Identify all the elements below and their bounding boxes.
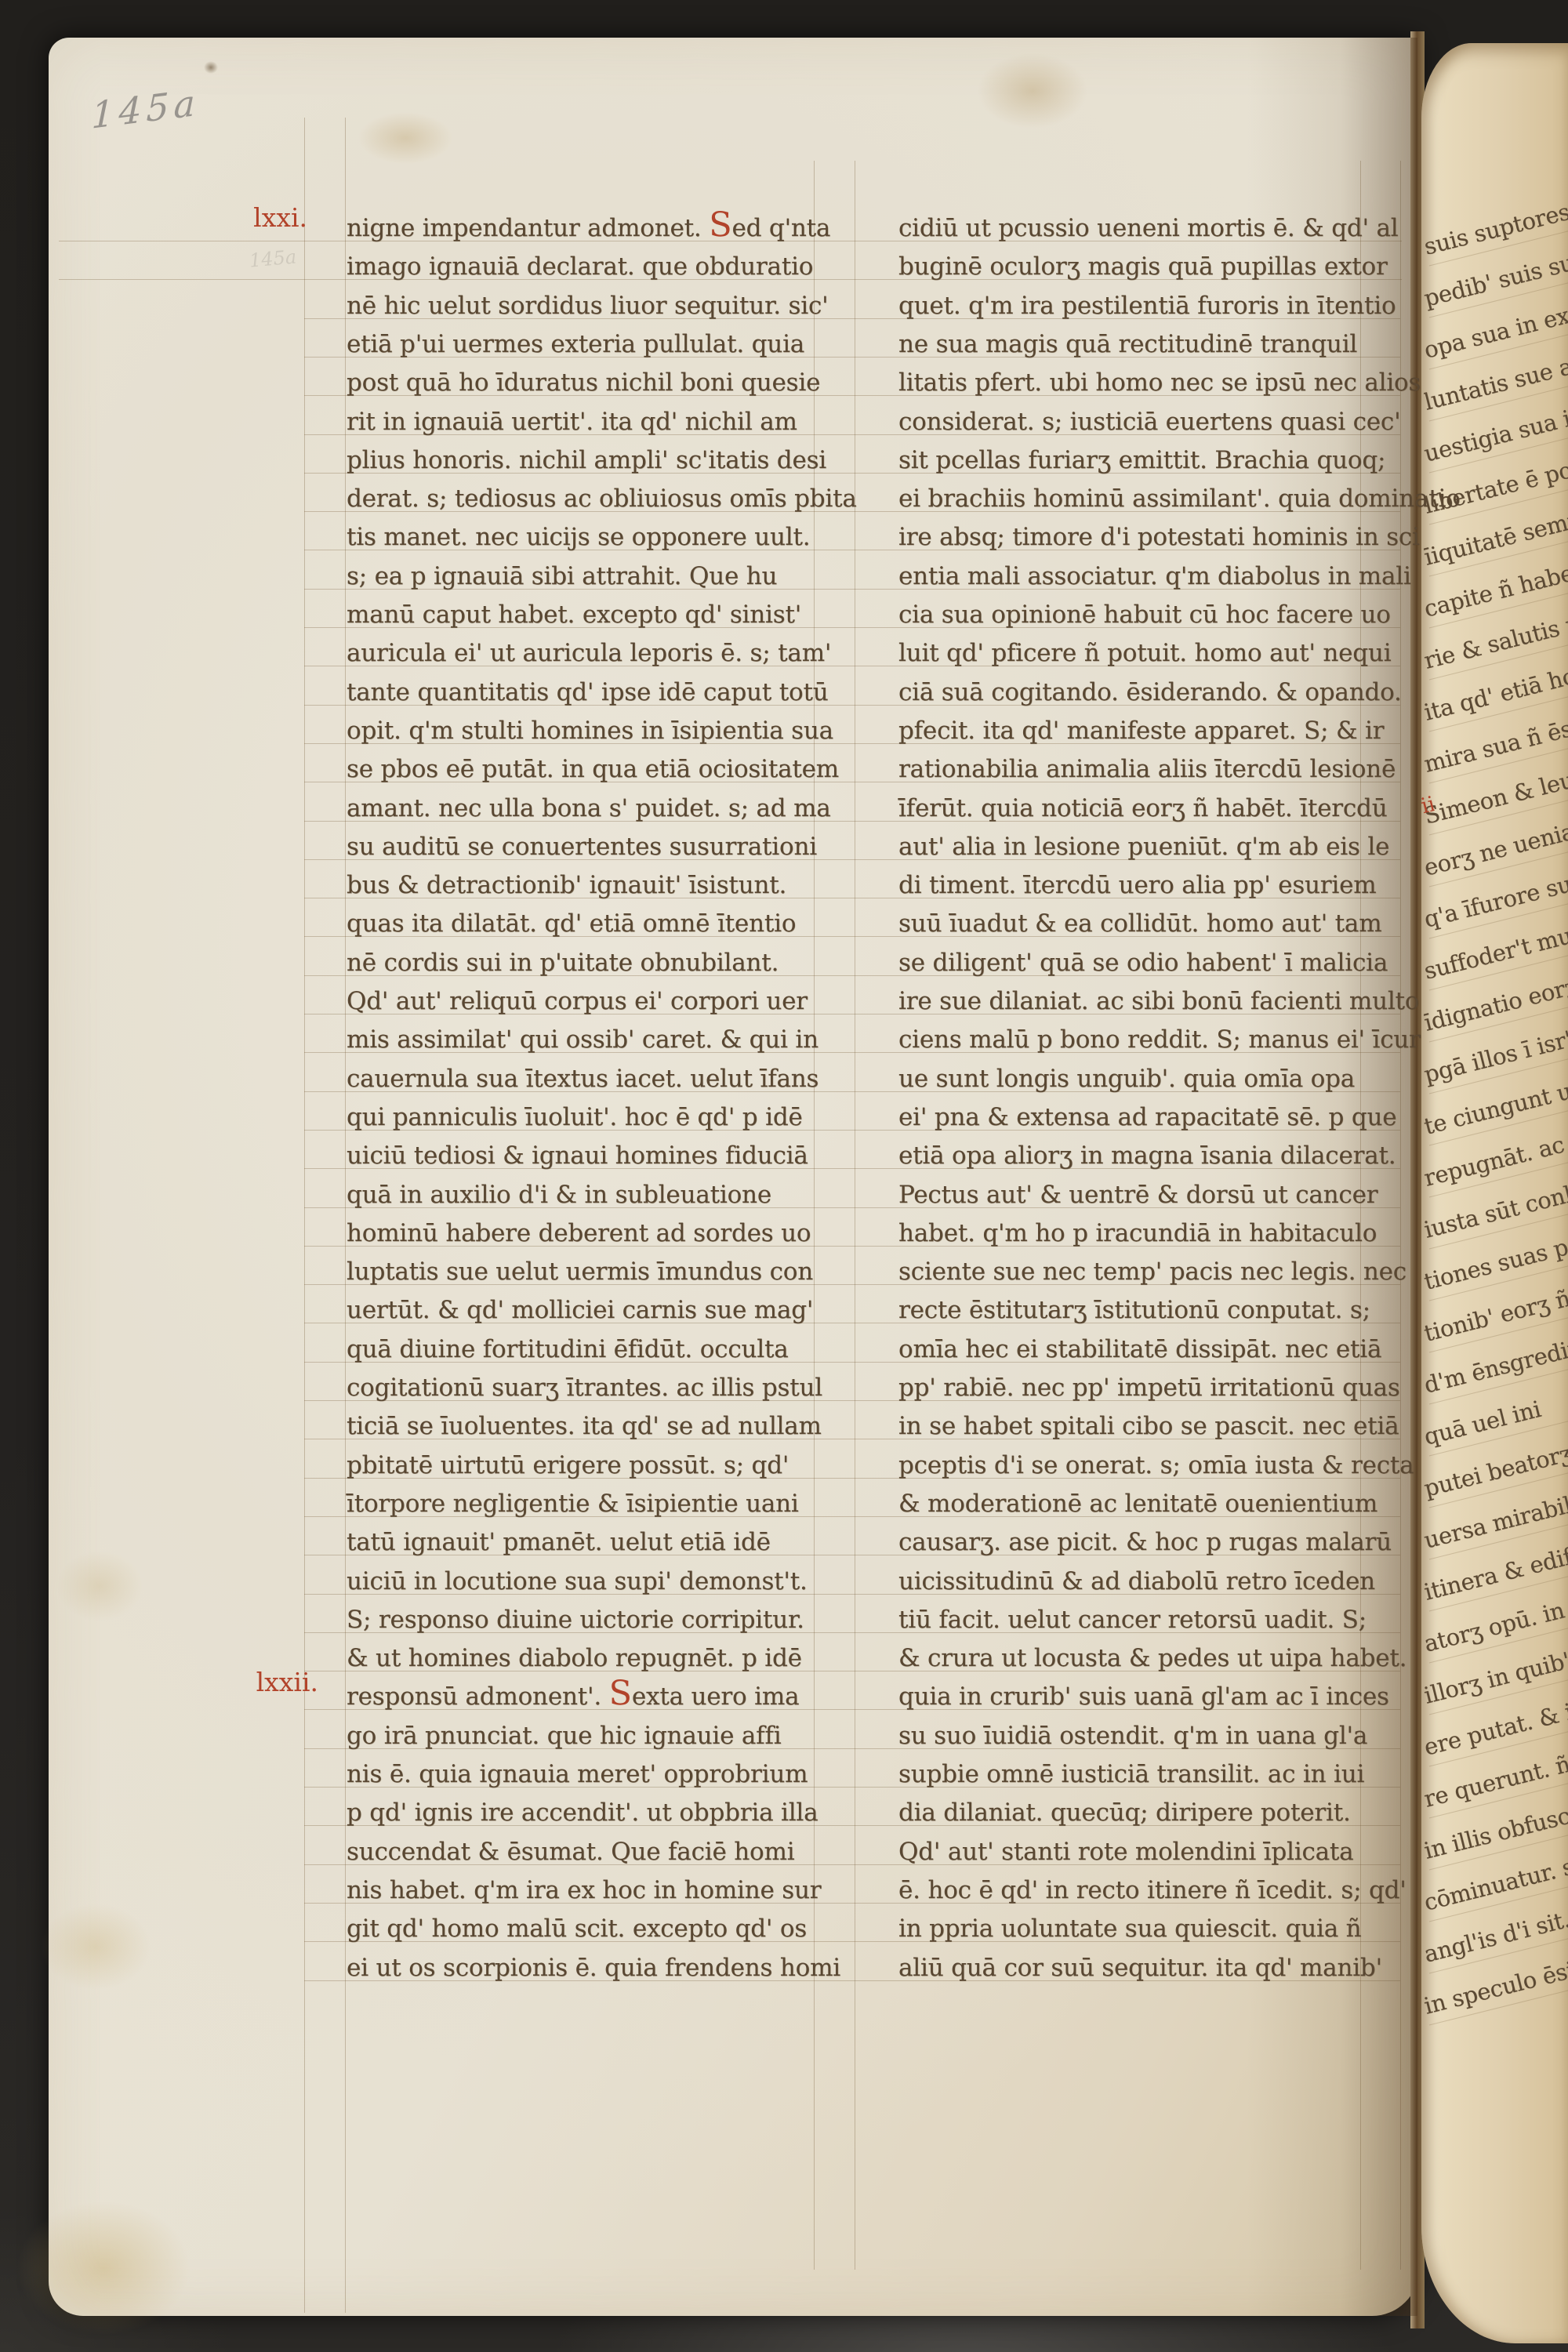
manuscript-line: nis habet. q'm ira ex hoc in homine sur [347,1871,821,1910]
manuscript-line: buginē oculorʒ magis quā pupillas extor [898,248,1388,286]
manuscript-line: p qd' ignis ire accendit'. ut obpbria il… [347,1794,818,1832]
manuscript-line: habet. q'm ho p iracundiā in habitaculo [898,1214,1377,1253]
manuscript-line: nis ē. quia ignauia meret' opprobrium [347,1755,808,1794]
manuscript-line: quā diuine fortitudini ēfidūt. occulta [347,1330,789,1369]
manuscript-line: quet. q'm ira pestilentiā furoris in īte… [898,287,1396,325]
rubric-initial: S [609,1674,632,1713]
manuscript-line: cidiū ut pcussio ueneni mortis ē. & qd' … [898,209,1398,248]
manuscript-line: cauernula sua ītextus iacet. uelut īfans [347,1060,818,1098]
manuscript-line: ciā suā cogitando. ēsiderando. & opando. [898,673,1402,712]
manuscript-line: pceptis d'i se onerat. s; omīa iusta & r… [898,1446,1414,1485]
recto-line-fragment: suis suptores radios ei' [1424,180,1568,267]
manuscript-line: tis manet. nec uicijs se opponere uult. [347,518,810,557]
manuscript-line: rationabilia animalia aliis ītercdū lesi… [898,750,1396,789]
manuscript-line: post quā ho īduratus nichil boni quesie [347,364,820,402]
chapter-numeral-lxxi: lxxi. [180,202,307,233]
manuscript-line: su suo īuidiā ostendit. q'm in uana gl'a [898,1717,1367,1755]
parchment-stain [56,1551,143,1621]
manuscript-line: omīa hec ei stabilitatē dissipāt. nec et… [898,1330,1381,1369]
manuscript-line: luptatis sue uelut uermis īmundus con [347,1253,813,1291]
manuscript-line: auricula ei' ut auricula leporis ē. s; t… [347,634,831,673]
manuscript-line: ei brachiis hominū assimilant'. quia dom… [898,480,1461,518]
manuscript-line: hominū habere deberent ad sordes uo [347,1214,811,1253]
manuscript-photo: 145a 145a lxxi. lxxii. nigne impendantur… [0,0,1568,2352]
manuscript-line: imago ignauiā declarat. que obduratio [347,248,813,286]
manuscript-line: ire sue dilaniat. ac sibi bonū facienti … [898,982,1419,1021]
manuscript-line: ue sunt longis unguib'. quia omīa opa [898,1060,1355,1098]
manuscript-line: se pbos eē putāt. in qua etiā ociositate… [347,750,839,789]
manuscript-line: aliū quā cor suū sequitur. ita qd' manib… [898,1949,1382,1987]
manuscript-line: in se habet spitali cibo se pascit. nec … [898,1407,1399,1446]
manuscript-line: sciente sue nec temp' pacis nec legis. n… [898,1253,1406,1291]
manuscript-line: recte ēstitutarʒ īstitutionū conputat. s… [898,1291,1370,1330]
parchment-stain [978,53,1087,129]
manuscript-line: ei' pna & extensa ad rapacitatē sē. p qu… [898,1098,1396,1137]
manuscript-line: git qd' homo malū scit. excepto qd' os [347,1910,807,1948]
manuscript-line: etiā opa aliorʒ in magna īsania dilacera… [898,1137,1396,1175]
manuscript-line: Qd' aut' stanti rote molendini īplicata [898,1833,1353,1871]
ink-spot [204,61,218,74]
manuscript-line: se diligent' quā se odio habent' ī malic… [898,944,1388,982]
manuscript-line: ciens malū p bono reddit. S; manus ei' ī… [898,1021,1421,1059]
manuscript-line: succendat & ēsumat. Que faciē homi [347,1833,794,1871]
manuscript-line: litatis pfert. ubi homo nec se ipsū nec … [898,364,1421,402]
vertical-rule-line [345,118,346,2313]
manuscript-line: nē hic uelut sordidus liuor sequitur. si… [347,287,828,325]
text-column-2: cidiū ut pcussio ueneni mortis ē. & qd' … [898,209,1400,2001]
manuscript-line: di timent. ītercdū uero alia pp' esuriem [898,866,1376,905]
manuscript-line: nigne impendantur admonet. Sed q'nta [347,209,830,248]
manuscript-line: bus & detractionib' ignauit' īsistunt. [347,866,786,905]
manuscript-line: derat. s; tediosus ac obliuiosus omīs pb… [347,480,857,518]
manuscript-line: ei ut os scorpionis ē. quia frendens hom… [347,1949,840,1987]
manuscript-line: in ppria uoluntate sua quiescit. quia ñ [898,1910,1361,1948]
manuscript-line: ē. hoc ē qd' in recto itinere ñ īcedit. … [898,1871,1406,1910]
vertical-rule-line [304,118,305,2313]
manuscript-line: īferūt. quia noticiā eorʒ ñ habēt. īterc… [898,789,1387,828]
manuscript-line: manū caput habet. excepto qd' sinist' [347,596,801,634]
manuscript-line: responsū admonent'. Sexta uero ima [347,1678,799,1716]
manuscript-line: & moderationē ac lenitatē ouenientium [898,1485,1377,1523]
folio-number-ghost: 145a [249,245,297,271]
manuscript-line: ne sua magis quā rectitudinē tranquil [898,325,1357,364]
manuscript-line: aut' alia in lesione pueniūt. q'm ab eis… [898,828,1389,866]
manuscript-line: opit. q'm stulti homines in īsipientia s… [347,712,833,750]
manuscript-line: pbitatē uirtutū erigere possūt. s; qd' [347,1446,789,1485]
manuscript-line: tante quantitatis qd' ipse idē caput tot… [347,673,828,712]
vertical-rule-line [855,161,855,2270]
manuscript-line: Qd' aut' reliquū corpus ei' corpori uer [347,982,808,1021]
manuscript-line: uicissitudinū & ad diabolū retro īceden [898,1563,1375,1601]
manuscript-line: cogitationū suarʒ ītrantes. ac illis pst… [347,1369,822,1407]
recto-text-fragments: suis suptores radios ei'pedib' suis sup'… [1424,0,1568,2352]
manuscript-line: S; responso diuine uictorie corripitur. [347,1601,804,1639]
manuscript-line: pp' rabiē. nec pp' impetū irritationū qu… [898,1369,1400,1407]
text-column-1: nigne impendantur admonet. Sed q'ntaimag… [347,209,848,2001]
manuscript-line: considerat. s; iusticiā euertens quasi c… [898,403,1400,441]
manuscript-line: & ut homines diabolo repugnēt. p idē [347,1639,802,1678]
manuscript-line: quia in crurib' suis uanā gl'am ac ī inc… [898,1678,1389,1716]
manuscript-line: nē cordis sui in p'uitate obnubilant. [347,944,779,982]
manuscript-line: suū īuadut & ea collidūt. homo aut' tam [898,905,1381,943]
manuscript-line: rit in ignauiā uertit'. ita qd' nichil a… [347,403,797,441]
manuscript-line: amant. nec ulla bona s' puidet. s; ad ma [347,789,831,828]
manuscript-line: quas ita dilatāt. qd' etiā omnē ītentio [347,905,796,943]
manuscript-line: & crura ut locusta & pedes ut uipa habet… [898,1639,1406,1678]
manuscript-line: uertūt. & qd' molliciei carnis sue mag' [347,1291,813,1330]
parchment-stain [41,1904,151,1990]
manuscript-line: ticiā se īuoluentes. ita qd' se ad nulla… [347,1407,822,1446]
manuscript-line: luit qd' pficere ñ potuit. homo aut' neq… [898,634,1391,673]
manuscript-line: su auditū se conuertentes susurrationi [347,828,817,866]
manuscript-line: causarʒ. ase picit. & hoc p rugas malarū [898,1523,1392,1562]
manuscript-line: Pectus aut' & uentrē & dorsū ut cancer [898,1176,1377,1214]
parchment-stain [358,112,452,164]
manuscript-line: s; ea p ignauiā sibi attrahit. Que hu [347,557,777,596]
manuscript-line: tatū ignauit' pmanēt. uelut etiā idē [347,1523,771,1562]
manuscript-line: entia mali associatur. q'm diabolus in m… [898,557,1411,596]
manuscript-line: uiciū in locutione sua supi' demonst't. [347,1563,808,1601]
manuscript-line: go irā pnunciat. que hic ignauie affi [347,1717,781,1755]
manuscript-line: cia sua opinionē habuit cū hoc facere uo [898,596,1391,634]
manuscript-line: qui panniculis īuoluit'. hoc ē qd' p idē [347,1098,803,1137]
manuscript-line: sit pcellas furiarʒ emittit. Brachia quo… [898,441,1385,480]
manuscript-line: supbie omnē iusticiā transilit. ac in iu… [898,1755,1364,1794]
manuscript-line: ire absq; timore d'i potestati hominis i… [898,518,1420,557]
manuscript-line: quā in auxilio d'i & in subleuatione [347,1176,771,1214]
chapter-numeral-lxxii: lxxii. [180,1667,318,1697]
rubric-initial: S [709,205,731,245]
manuscript-line: dia dilaniat. quecūq; diripere poterit. [898,1794,1351,1832]
manuscript-line: etiā p'ui uermes exteria pullulat. quia [347,325,804,364]
manuscript-line: mis assimilat' qui ossib' caret. & qui i… [347,1021,818,1059]
manuscript-line: ītorpore negligentie & īsipientie uani [347,1485,799,1523]
manuscript-line: tiū facit. uelut cancer retorsū uadit. S… [898,1601,1367,1639]
manuscript-line: plius honoris. nichil ampli' sc'itatis d… [347,441,826,480]
manuscript-line: pfecit. ita qd' manifeste apparet. S; & … [898,712,1384,750]
manuscript-line: uiciū tediosi & ignaui homines fiduciā [347,1137,808,1175]
